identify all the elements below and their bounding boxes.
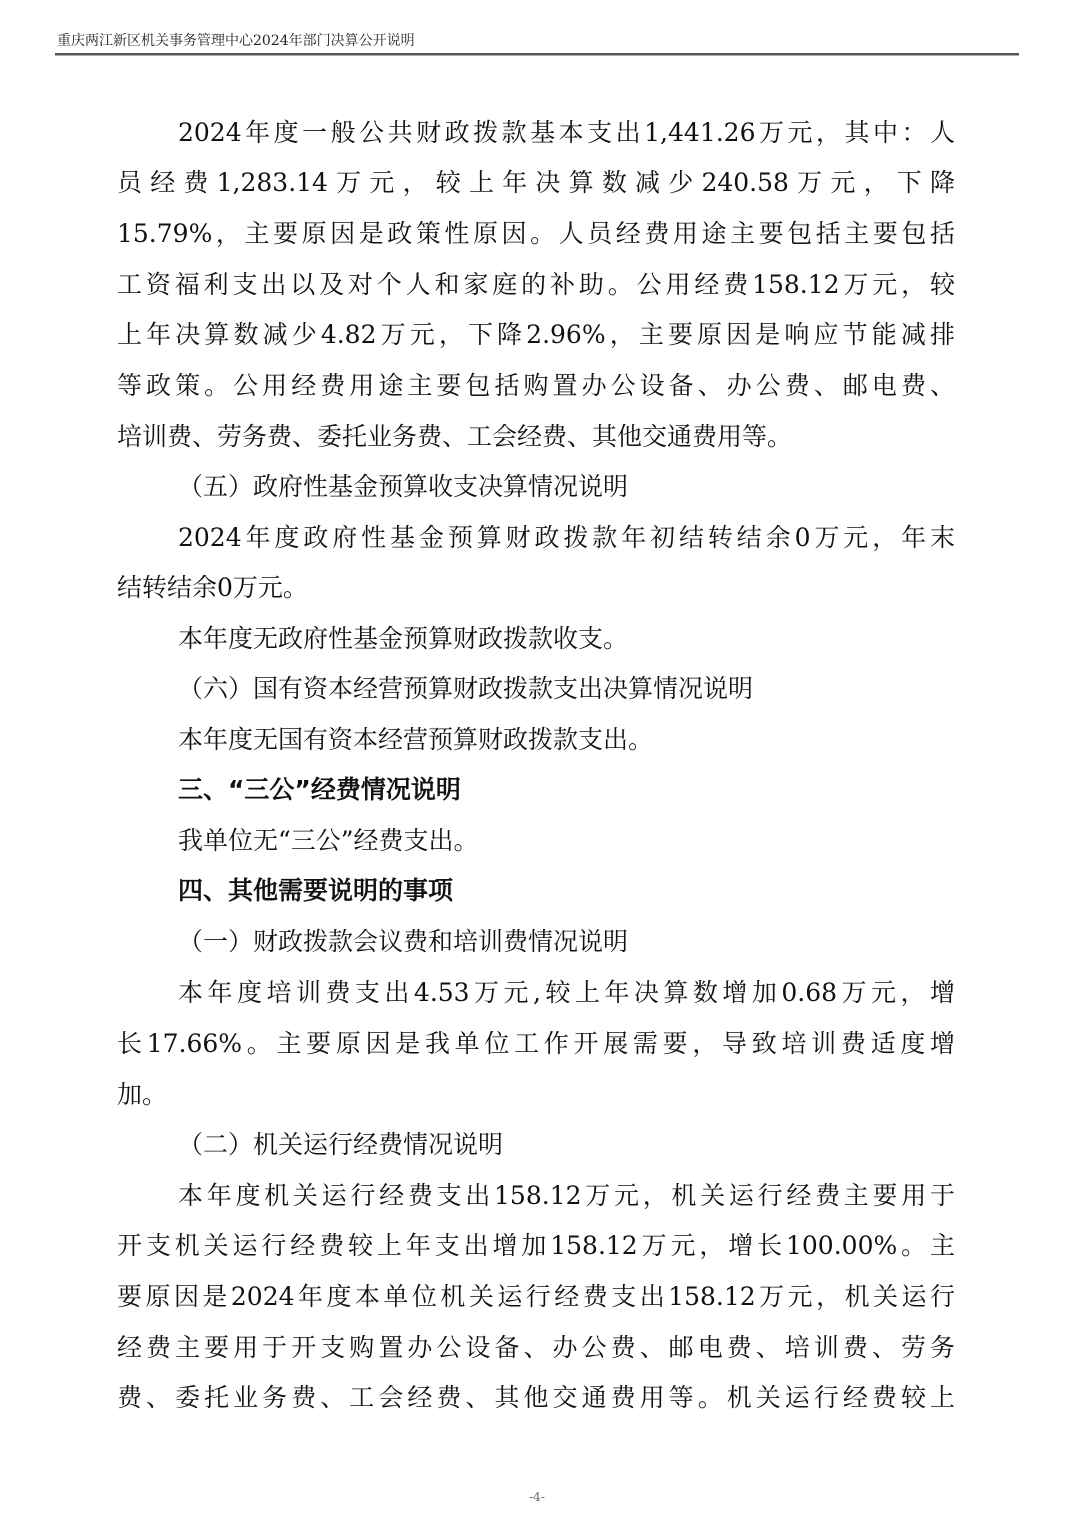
paragraph-line: 本年度培训费支出4.53万元,较上年决算数增加0.68万元，增 <box>178 978 955 1008</box>
subsection-heading-5: （五）政府性基金预算收支决算情况说明 <box>178 472 628 502</box>
paragraph-line: 长17.66%。主要原因是我单位工作开展需要，导致培训费适度增 <box>117 1029 955 1059</box>
paragraph-line: 2024年度一般公共财政拨款基本支出1,441.26万元，其中：人 <box>178 118 955 148</box>
paragraph-line: 要原因是2024年度本单位机关运行经费支出158.12万元，机关运行 <box>117 1282 955 1312</box>
paragraph-line: 加。 <box>117 1080 167 1110</box>
subsection-heading-4-1: （一）财政拨款会议费和培训费情况说明 <box>178 927 628 957</box>
paragraph-line: 2024年度政府性基金预算财政拨款年初结转结余0万元，年末 <box>178 523 955 553</box>
paragraph-line: 工资福利支出以及对个人和家庭的补助。公用经费158.12万元，较 <box>117 270 955 300</box>
subsection-heading-4-2: （二）机关运行经费情况说明 <box>178 1130 503 1160</box>
paragraph-line: 开支机关运行经费较上年支出增加158.12万元，增长100.00%。主 <box>117 1231 955 1261</box>
paragraph-line: 本年度无国有资本经营预算财政拨款支出。 <box>178 725 653 755</box>
subsection-heading-6: （六）国有资本经营预算财政拨款支出决算情况说明 <box>178 674 753 704</box>
paragraph-line: 结转结余0万元。 <box>117 573 308 603</box>
paragraph-line: 本年度机关运行经费支出158.12万元，机关运行经费主要用于 <box>178 1181 955 1211</box>
paragraph-line: 经费主要用于开支购置办公设备、办公费、邮电费、培训费、劳务 <box>117 1333 955 1363</box>
paragraph-line: 15.79%，主要原因是政策性原因。人员经费用途主要包括主要包括 <box>117 219 955 249</box>
section-heading-3: 三、“三公”经费情况说明 <box>178 775 461 805</box>
paragraph-line: 上年决算数减少4.82万元，下降2.96%，主要原因是响应节能减排 <box>117 320 955 350</box>
paragraph-line: 本年度无政府性基金预算财政拨款收支。 <box>178 624 628 654</box>
page-number: -4- <box>0 1490 1074 1504</box>
paragraph-line: 等政策。公用经费用途主要包括购置办公设备、办公费、邮电费、 <box>117 371 955 401</box>
document-title: 重庆两江新区机关事务管理中心2024年部门决算公开说明 <box>57 30 415 50</box>
paragraph-line: 员经费1,283.14万元，较上年决算数减少240.58万元，下降 <box>117 168 955 198</box>
header-divider <box>55 53 1019 56</box>
paragraph-line: 我单位无“三公”经费支出。 <box>178 826 479 856</box>
paragraph-line: 费、委托业务费、工会经费、其他交通费用等。机关运行经费较上 <box>117 1383 955 1413</box>
section-heading-4: 四、其他需要说明的事项 <box>178 876 453 906</box>
paragraph-line: 培训费、劳务费、委托业务费、工会经费、其他交通费用等。 <box>117 422 792 452</box>
